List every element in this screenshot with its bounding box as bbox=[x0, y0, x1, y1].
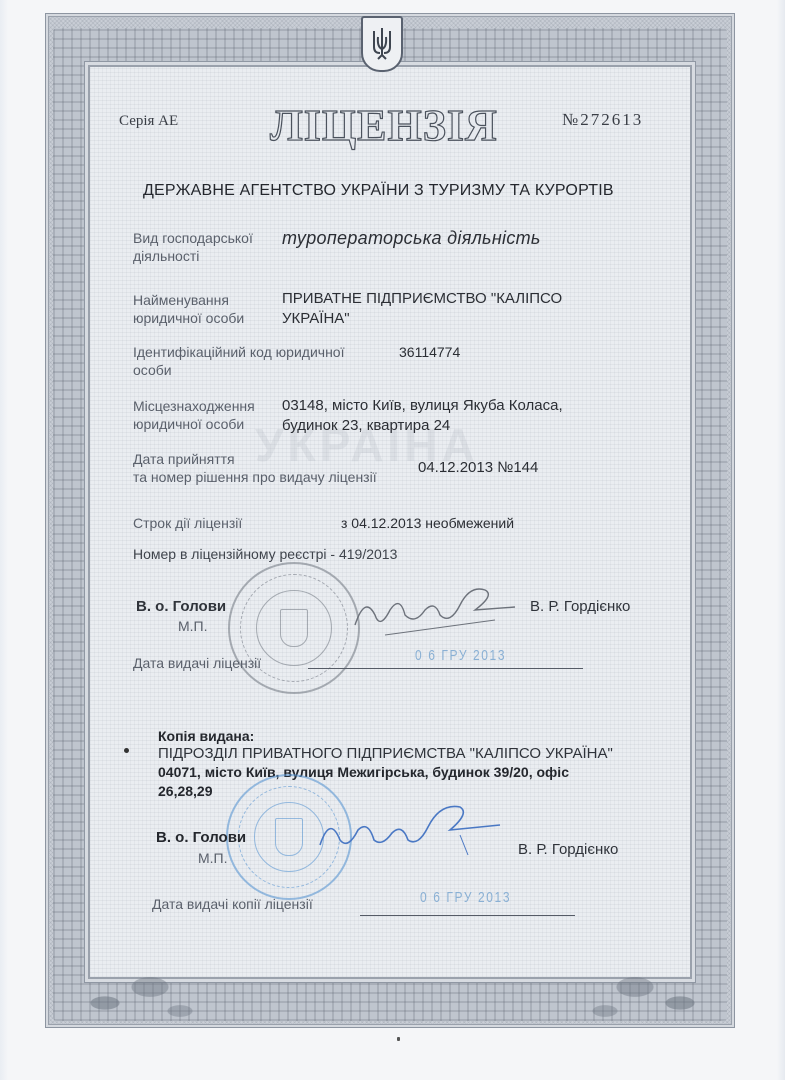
copy-issue-date-stamp: 0 6 ГРУ 2013 bbox=[420, 889, 511, 906]
issue-date-stamp: 0 6 ГРУ 2013 bbox=[415, 647, 506, 664]
activity-label: Вид господарської діяльності bbox=[133, 229, 253, 265]
copy-seal-mark: М.П. bbox=[198, 849, 228, 867]
entity-name-label: Найменування юридичної особи bbox=[133, 291, 244, 327]
copy-position-title: В. о. Голови bbox=[156, 829, 246, 846]
position-title: В. о. Голови bbox=[136, 598, 226, 615]
location-label: Місцезнаходження юридичної особи bbox=[133, 397, 255, 433]
document-title: ЛІЦЕНЗІЯ bbox=[270, 100, 498, 151]
series-label: Серія АЕ bbox=[119, 113, 178, 130]
official-seal-gray bbox=[228, 562, 360, 694]
decision-label: Дата прийняття та номер рішення про вида… bbox=[133, 450, 377, 486]
copy-issue-date-label: Дата видачі копії ліцензії bbox=[152, 895, 313, 913]
signature-original bbox=[345, 575, 525, 645]
copy-signatory-name: В. Р. Гордієнко bbox=[518, 841, 618, 858]
signatory-name: В. Р. Гордієнко bbox=[530, 598, 630, 615]
license-number: №272613 bbox=[562, 110, 643, 130]
issuing-agency: ДЕРЖАВНЕ АГЕНТСТВО УКРАЇНИ З ТУРИЗМУ ТА … bbox=[143, 182, 614, 200]
issue-date-line bbox=[308, 668, 583, 669]
location-value: 03148, місто Київ, вулиця Якуба Коласа, … bbox=[282, 396, 563, 436]
registry-number: Номер в ліцензійному реєстрі - 419/2013 bbox=[133, 545, 397, 563]
copy-heading: Копія видана: bbox=[158, 728, 254, 744]
trident-coat-of-arms-icon bbox=[361, 16, 403, 72]
id-code-value: 36114774 bbox=[399, 342, 460, 362]
copy-recipient: ПІДРОЗДІЛ ПРИВАТНОГО ПІДПРИЄМСТВА "КАЛІП… bbox=[158, 745, 613, 762]
corner-flourish-left bbox=[60, 955, 210, 1035]
corner-flourish-right bbox=[575, 955, 725, 1035]
copy-address-line2: 26,28,29 bbox=[158, 783, 213, 799]
copy-issue-date-line bbox=[360, 915, 575, 916]
id-code-label: Ідентифікаційний код юридичної особи bbox=[133, 343, 344, 379]
decision-value: 04.12.2013 №144 bbox=[418, 458, 538, 478]
bullet-mark bbox=[124, 748, 129, 753]
validity-label: Строк дії ліцензії bbox=[133, 514, 242, 532]
seal-mark: М.П. bbox=[178, 617, 208, 635]
signature-copy bbox=[310, 795, 510, 865]
copy-address-line1: 04071, місто Київ, вулиця Межигірська, б… bbox=[158, 764, 569, 780]
issue-date-label: Дата видачі ліцензії bbox=[133, 654, 261, 672]
scan-speck bbox=[397, 1037, 400, 1041]
entity-name-value: ПРИВАТНЕ ПІДПРИЄМСТВО "КАЛІПСО УКРАЇНА" bbox=[282, 289, 562, 329]
activity-value: туроператорська діяльність bbox=[282, 228, 541, 249]
validity-value: з 04.12.2013 необмежений bbox=[341, 513, 514, 533]
